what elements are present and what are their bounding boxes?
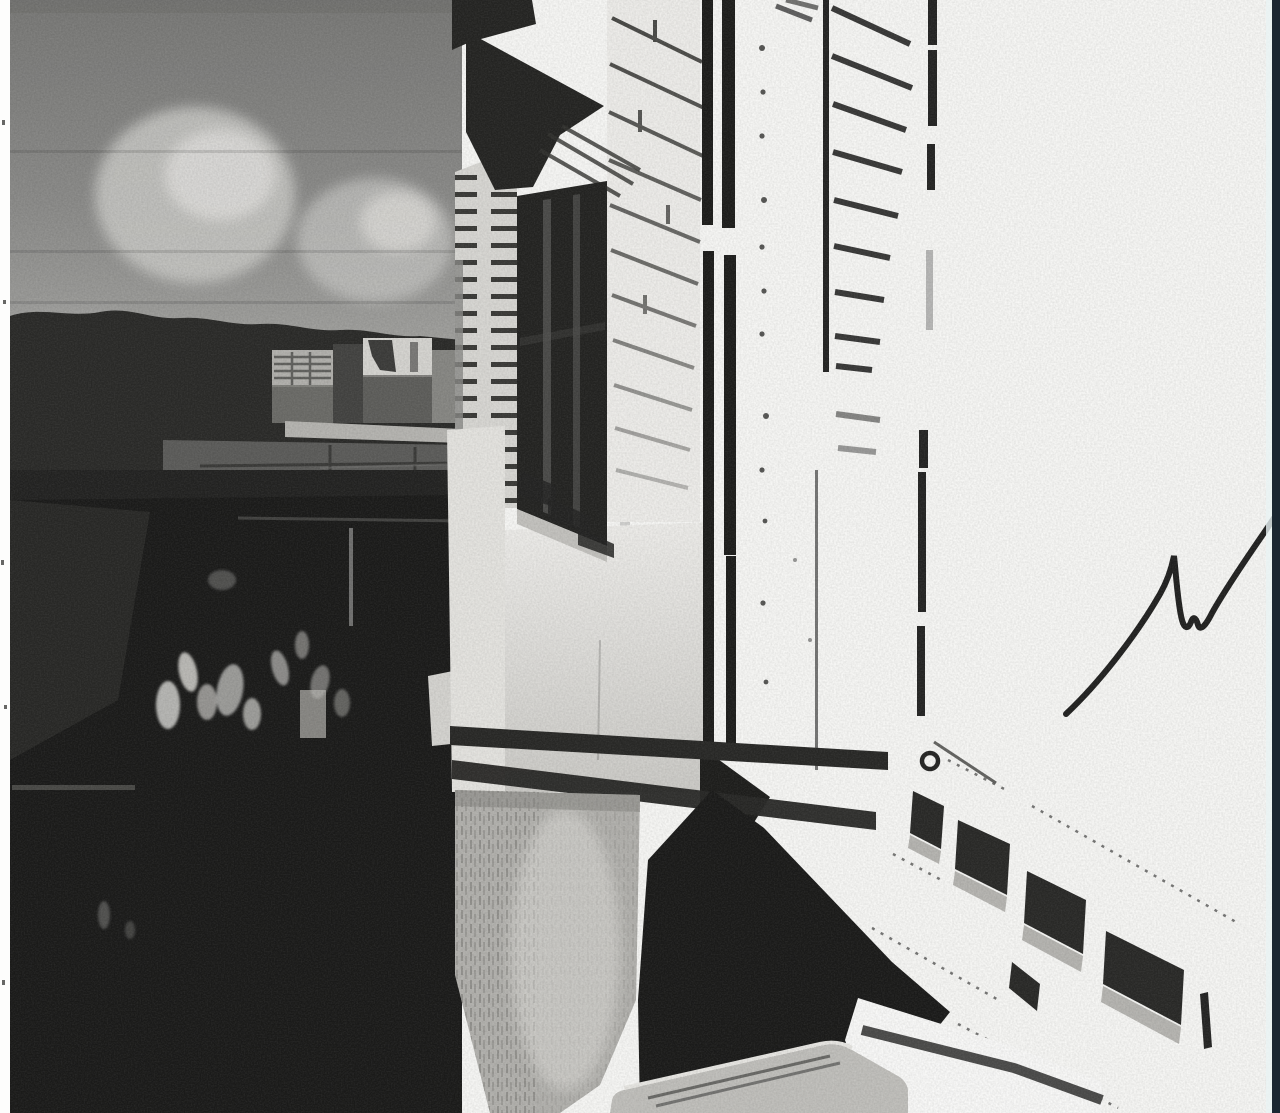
left-edge-white-strip (0, 0, 10, 1113)
right-edge-light-gap (1266, 0, 1272, 1113)
right-edge-dark-border (1272, 0, 1280, 1113)
balcony-photocopy-photo (0, 0, 1280, 1113)
photocopy-grain-light (0, 0, 1280, 1113)
photo-stage (0, 0, 1280, 1113)
